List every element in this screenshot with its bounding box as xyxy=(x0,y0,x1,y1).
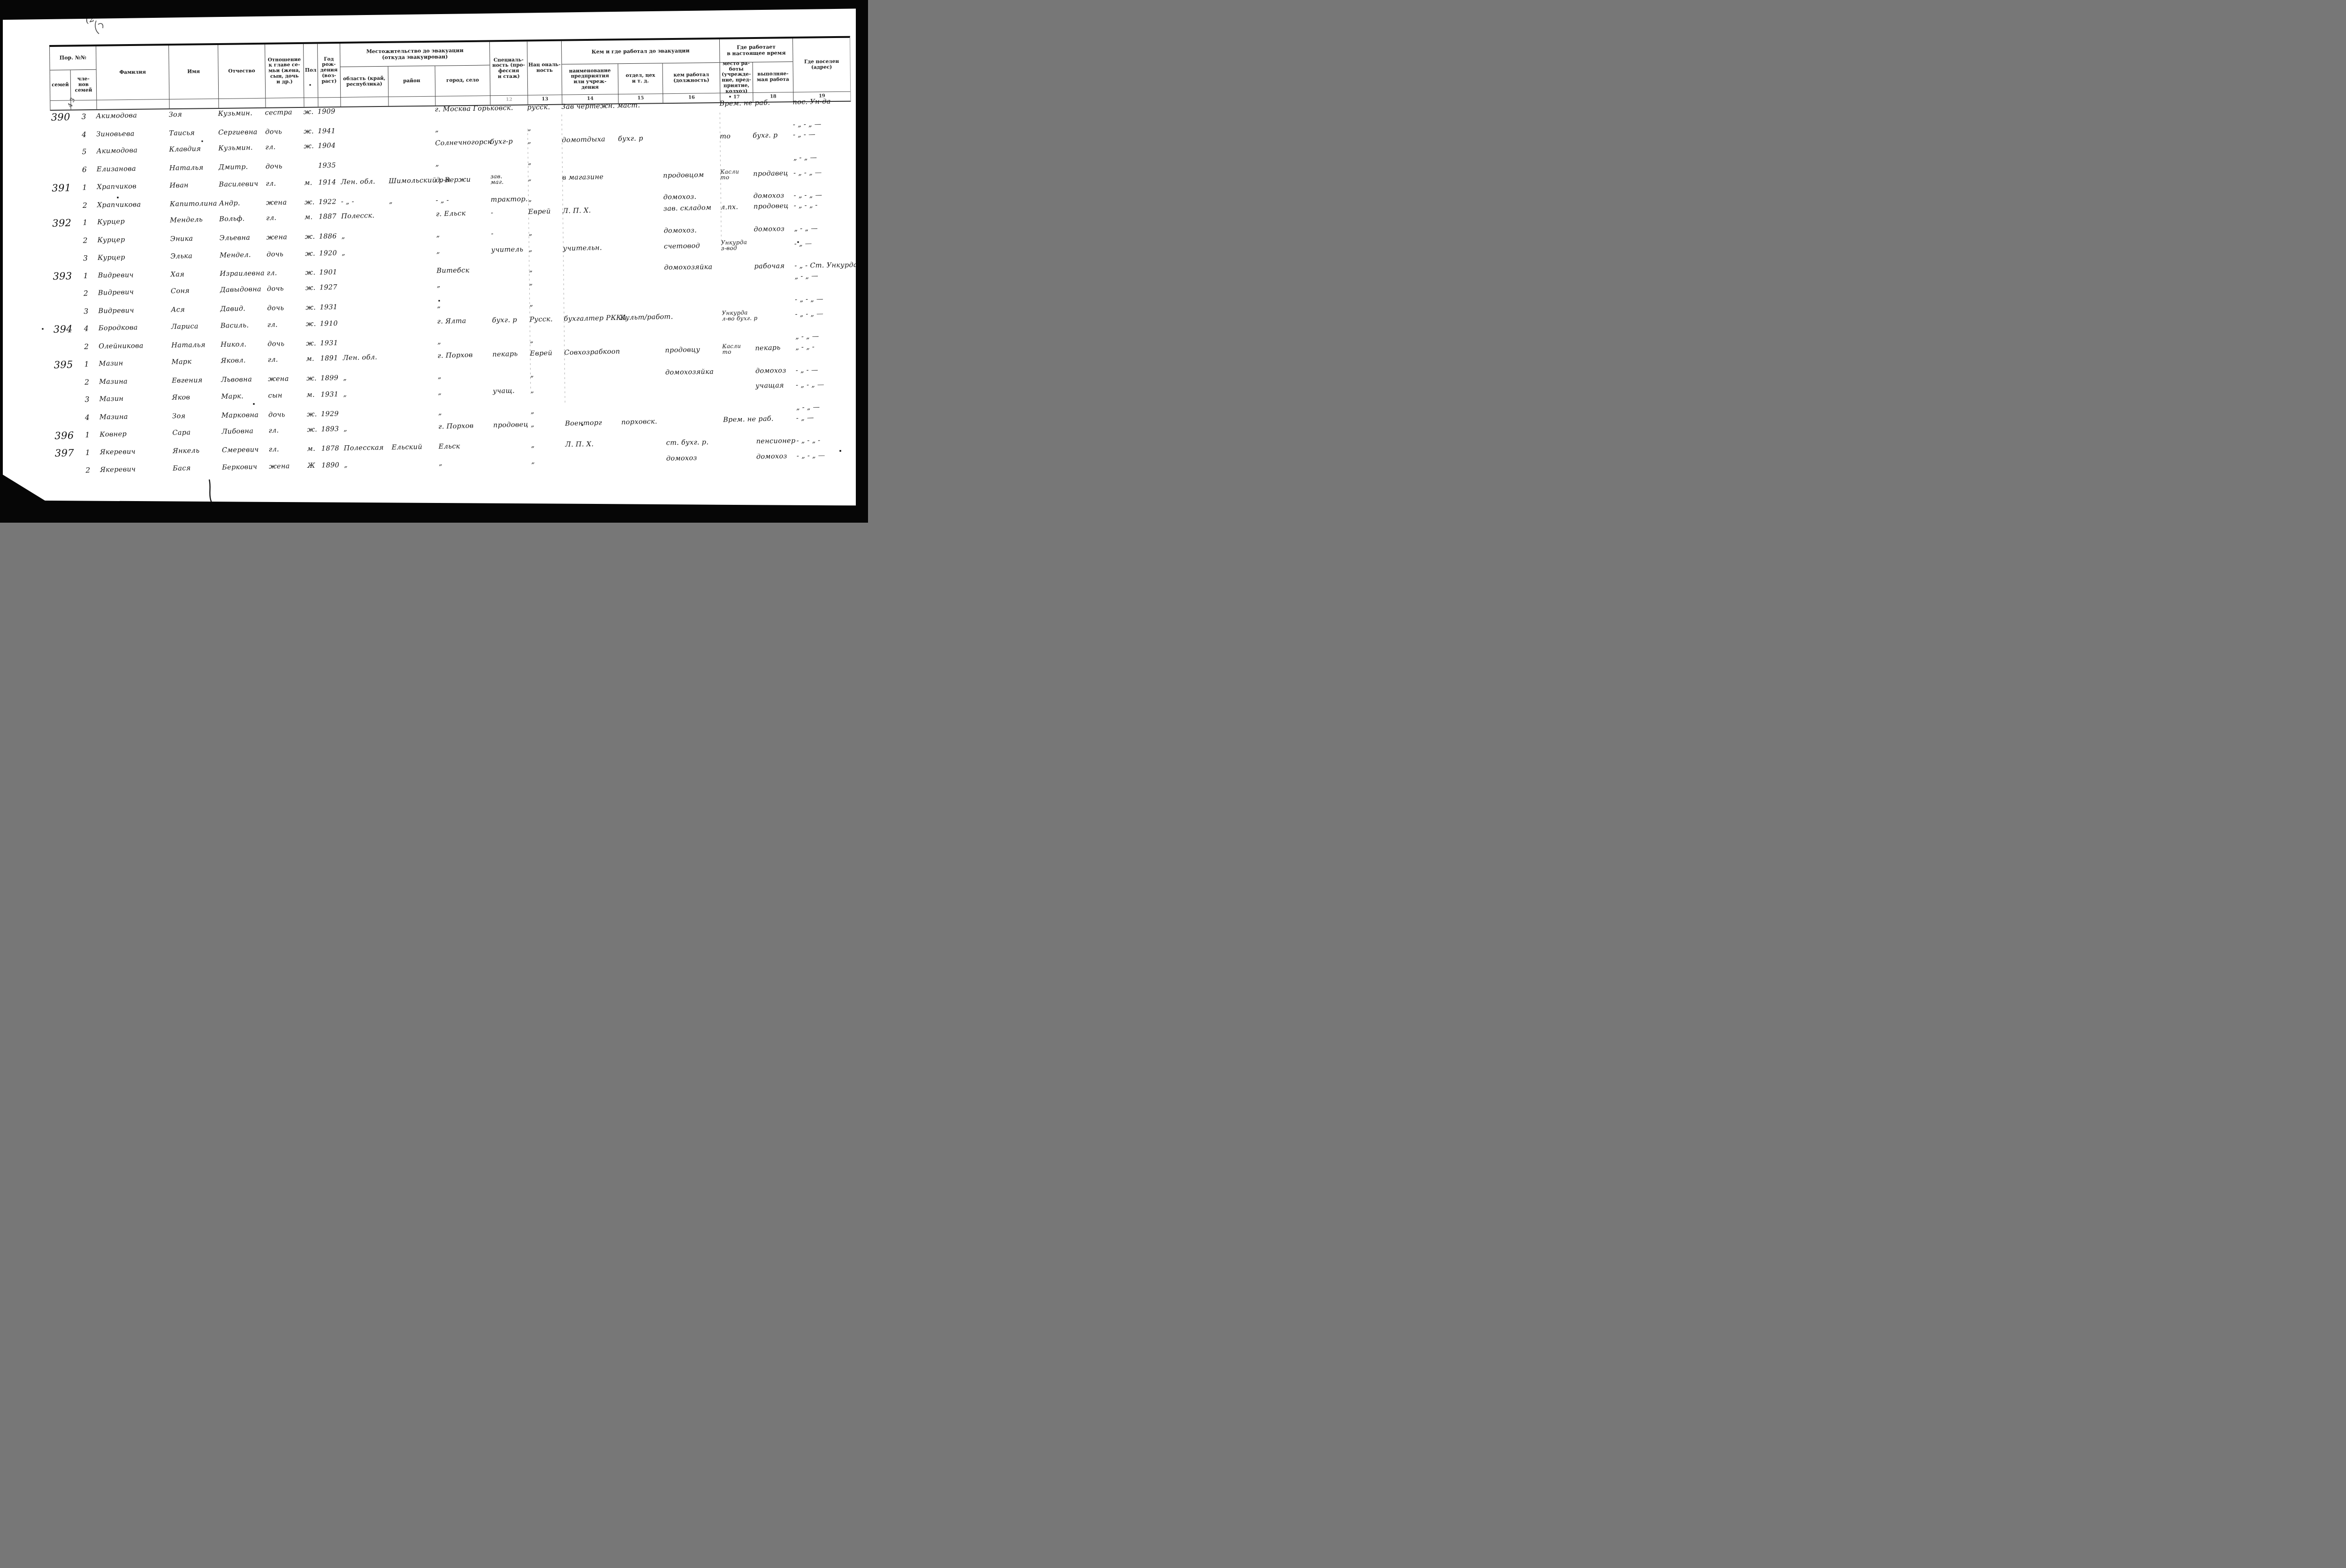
cell-position xyxy=(664,301,722,302)
cell-family-no: 393 xyxy=(52,271,72,282)
cell-raion xyxy=(388,110,435,111)
cell-nationality: русск. xyxy=(527,104,561,111)
cell-family-no xyxy=(51,206,71,206)
cell-oblast: Лен. обл. xyxy=(341,178,388,186)
cell-workplace-now: Ункурда л-во бухг. р xyxy=(722,310,754,322)
scanner-border-top xyxy=(0,0,868,20)
cell-nationality: „ xyxy=(529,300,564,307)
cell-patronymic: Андр. xyxy=(219,199,266,207)
cell-surname: Зиновьева xyxy=(96,130,169,138)
cell-surname: Якеревич xyxy=(100,448,173,456)
cell-work-now: учащая xyxy=(755,382,796,390)
cell-member-no: 5 xyxy=(70,147,96,156)
cell-relation: гл. xyxy=(267,356,306,364)
cell-given-name: Таисья xyxy=(169,129,218,137)
cell-org-name: Л. П. Х. xyxy=(565,441,622,449)
cell-oblast xyxy=(342,272,390,272)
cell-sex: м. xyxy=(304,179,318,186)
cell-oblast xyxy=(341,165,388,166)
registration-table: Пор. №№Местожительство до эвакуации (отк… xyxy=(49,36,858,495)
cell-relation: гл. xyxy=(267,269,305,277)
cell-surname: Мазин xyxy=(99,358,172,367)
group-header-serial: Пор. №№ xyxy=(50,46,96,70)
cell-org-name xyxy=(563,232,619,233)
cell-nationality: „ xyxy=(529,245,563,252)
cell-nationality: „ xyxy=(530,336,564,344)
cell-work-now xyxy=(753,125,793,125)
cell-birth-year: 1890 xyxy=(321,462,344,469)
cell-address: - „ - „ - xyxy=(797,437,854,445)
cell-given-name: Хая xyxy=(170,271,220,278)
cell-given-name: Сара xyxy=(172,428,221,436)
cell-member-no: 1 xyxy=(71,183,97,192)
cell-nationality: Еврей xyxy=(530,350,564,357)
cell-birth-year: 1931 xyxy=(320,391,343,398)
cell-given-name: Зоя xyxy=(169,110,218,118)
cell-family-no xyxy=(51,170,71,170)
cell-birth-year: 1929 xyxy=(321,411,343,418)
cell-given-name: Элька xyxy=(170,252,220,260)
cell-birth-year: 1914 xyxy=(318,179,341,186)
cell-raion: Шимольский р-н xyxy=(388,177,435,185)
col-header-org-name: наименование предприятия или учреж- дени… xyxy=(562,64,618,94)
cell-address: - „ — xyxy=(794,239,852,247)
cell-family-no: 397 xyxy=(54,448,74,459)
cell-sex: ж. xyxy=(307,411,321,418)
cell-relation: гл. xyxy=(267,321,306,328)
cell-relation: гл. xyxy=(269,446,307,453)
cell-given-name: Марк xyxy=(171,358,221,365)
col-header-city: город, село xyxy=(435,65,490,96)
cell-birth-year: 1891 xyxy=(320,355,343,362)
col-header-family-no: семей xyxy=(50,70,71,100)
col-header-raion: район xyxy=(388,66,435,97)
cell-city: „ xyxy=(438,388,493,396)
cell-relation: дочь xyxy=(268,411,307,419)
cell-birth-year: 1901 xyxy=(319,269,342,276)
cell-org-name xyxy=(564,281,620,282)
cell-surname: Видревич xyxy=(98,306,171,314)
cell-position: домохозяйка xyxy=(665,368,723,376)
cell-workplace-now xyxy=(724,441,756,442)
cell-dept: порховск. xyxy=(621,418,666,426)
col-header-address: Где поселен (адрес) xyxy=(792,38,850,92)
cell-workplace-now xyxy=(720,125,753,126)
cell-sex: ж. xyxy=(305,250,319,257)
cell-family-no: 392 xyxy=(51,217,72,229)
cell-city: г. Москва Горьковск. xyxy=(434,105,489,113)
cell-patronymic: Израилевна xyxy=(220,270,267,277)
cell-sex: ж. xyxy=(305,198,319,206)
cell-family-no: 395 xyxy=(53,359,73,371)
cell-work-now: домохоз xyxy=(756,453,797,461)
cell-surname: Храпчикова xyxy=(97,201,170,209)
cell-dept xyxy=(620,280,664,281)
cell-dept: бухг. р xyxy=(618,135,663,143)
cell-work-now xyxy=(755,337,795,337)
cell-dept: Культ/работ. xyxy=(620,314,664,322)
cell-surname: Курцер xyxy=(98,253,170,261)
cell-specialty xyxy=(490,162,528,163)
cell-specialty: - xyxy=(491,209,528,217)
cell-patronymic: Марковна xyxy=(221,411,268,419)
cell-member-no: 1 xyxy=(71,218,97,227)
cell-dept xyxy=(619,209,663,210)
group-header-work-before: Кем и где работал до эвакуации xyxy=(561,39,720,65)
cell-workplace-now: л.пх. xyxy=(721,204,754,211)
cell-dept xyxy=(621,410,666,410)
scanner-border-left xyxy=(0,0,3,523)
cell-sex: ж. xyxy=(305,269,319,276)
cell-position xyxy=(663,137,720,138)
cell-family-no xyxy=(52,241,72,241)
cell-nationality: „ xyxy=(527,137,562,145)
cell-patronymic: Сергиевна xyxy=(218,129,265,136)
cell-birth-year: 1899 xyxy=(320,374,343,382)
cell-specialty: трактор. xyxy=(491,196,528,203)
cell-nationality: „ xyxy=(527,124,562,132)
cell-surname: Видревич xyxy=(98,271,170,279)
cell-address: „ - „ — xyxy=(794,272,852,280)
cell-surname: Мазина xyxy=(99,377,172,385)
cell-patronymic: Смеревич xyxy=(222,446,269,454)
cell-oblast: Полесск. xyxy=(341,212,389,220)
cell-oblast: „ xyxy=(342,232,389,240)
cell-address: „ - „ — xyxy=(794,224,851,232)
cell-birth-year: 1922 xyxy=(319,198,341,205)
cell-position: домохоз xyxy=(666,454,724,462)
cell-oblast: „ xyxy=(343,424,391,432)
cell-position: продовцом xyxy=(663,171,720,179)
cell-family-no xyxy=(52,312,72,312)
col-header-workplace-now: место ра- боты (учрежде- ние, пред- прия… xyxy=(720,62,753,93)
cell-dept xyxy=(619,231,664,232)
col-header-member-no: чле- нов семей xyxy=(70,70,97,100)
cell-raion xyxy=(388,144,435,145)
cell-given-name: Евгения xyxy=(172,376,221,384)
cell-relation: гл. xyxy=(266,214,305,222)
cell-oblast: Лен. обл. xyxy=(343,353,390,361)
cell-nationality: „ xyxy=(531,420,565,427)
cell-workplace-now xyxy=(722,300,754,301)
cell-raion xyxy=(388,129,435,130)
cell-position: зав. складом xyxy=(663,204,721,213)
cell-surname: Акимодова xyxy=(96,146,169,155)
cell-patronymic: Василь. xyxy=(221,322,267,330)
col-header-oblast: область (край, республика) xyxy=(340,67,388,97)
cell-nationality: „ xyxy=(531,457,565,465)
cell-org-name xyxy=(563,268,619,269)
scanner-border-right xyxy=(856,0,868,523)
cell-member-no: 1 xyxy=(74,430,99,439)
cell-address: пос. Ун-да xyxy=(792,98,850,106)
cell-address: - „ - „ — xyxy=(796,381,853,389)
cell-work-now: пенсионер xyxy=(756,438,797,445)
cell-address: - „ - „ — xyxy=(793,168,851,176)
cell-work-now: домохоз xyxy=(755,367,796,374)
cell-city: Витебск xyxy=(436,267,491,274)
cell-oblast xyxy=(340,145,388,145)
cell-city: „ xyxy=(435,125,490,133)
cell-family-no xyxy=(54,471,74,471)
cell-specialty xyxy=(493,411,531,412)
cell-oblast: „ xyxy=(343,390,391,398)
cell-given-name: Эника xyxy=(170,235,220,243)
cell-work-now: продавец xyxy=(753,170,793,178)
cell-org-name xyxy=(564,373,621,374)
cell-city: „ xyxy=(437,281,492,289)
cell-dept xyxy=(621,388,665,389)
cell-birth-year: 1941 xyxy=(318,128,340,135)
cell-sex: Ж xyxy=(307,462,321,469)
cell-raion xyxy=(391,412,438,413)
cell-org-name: бухгалтер РККА xyxy=(564,315,620,323)
cell-relation: дочь xyxy=(267,285,305,293)
cell-member-no: 3 xyxy=(70,112,96,121)
cell-nationality: Еврей xyxy=(528,208,563,215)
cell-address: „ - „ — xyxy=(793,153,851,161)
cell-city: г. Ялта xyxy=(437,317,492,325)
col-header-birth-year: Год рож- дения (воз- раст) xyxy=(317,44,340,98)
cell-workplace-now: Касли то xyxy=(720,168,753,181)
cell-specialty: пекарь xyxy=(492,350,530,358)
col-header-surname: Фамилия xyxy=(96,46,169,100)
cell-patronymic: Кузьмин. xyxy=(218,144,265,152)
cell-work-now xyxy=(754,277,795,278)
cell-workplace-now: Касли то xyxy=(722,343,755,355)
cell-surname: Мазин xyxy=(99,395,172,403)
cell-position xyxy=(663,126,720,127)
cell-family-no: 396 xyxy=(53,430,74,441)
cell-surname: Олейникова xyxy=(99,342,171,350)
cell-position xyxy=(663,159,720,160)
cell-work-now xyxy=(753,158,793,159)
cell-given-name: Ася xyxy=(171,305,220,313)
cell-birth-year: 1886 xyxy=(319,233,342,240)
cell-surname: Видревич xyxy=(98,288,171,297)
cell-org-name: учительн. xyxy=(563,244,619,252)
cell-dept xyxy=(619,268,664,268)
cell-given-name: Клавдия xyxy=(169,145,218,153)
cell-member-no: 2 xyxy=(73,343,99,351)
cell-workplace-now xyxy=(720,159,753,159)
group-header-work-now: Где работает в настоящее время xyxy=(719,38,793,63)
cell-specialty xyxy=(494,462,531,463)
cell-relation: дочь xyxy=(265,128,304,136)
cell-nationality: „ xyxy=(528,195,563,203)
cell-raion xyxy=(391,426,438,427)
cell-city: г. Ельск xyxy=(436,210,491,218)
cell-member-no: 4 xyxy=(70,130,96,139)
cell-patronymic: Кузьмин. xyxy=(218,109,265,117)
cell-surname: Курцер xyxy=(97,217,170,226)
cell-given-name: Бася xyxy=(173,464,222,472)
cell-specialty: учащ. xyxy=(493,387,530,395)
cell-specialty: учитель xyxy=(491,246,529,253)
cell-relation: дочь xyxy=(267,250,305,258)
cell-given-name: Соня xyxy=(171,287,220,295)
cell-birth-year: 1935 xyxy=(318,162,341,169)
cell-nationality: „ xyxy=(531,441,565,449)
cell-org-name xyxy=(564,303,620,304)
cell-position xyxy=(665,338,722,339)
cell-workplace-now xyxy=(722,337,755,338)
cell-dept xyxy=(622,443,666,444)
cell-oblast xyxy=(342,306,390,307)
cell-member-no: 3 xyxy=(72,254,98,263)
cell-relation: гл. xyxy=(268,426,307,434)
cell-relation: дочь xyxy=(266,163,304,170)
cell-given-name: Янкель xyxy=(173,447,222,455)
cell-sex: ж. xyxy=(304,143,318,150)
cell-nationality: „ xyxy=(528,159,562,166)
cell-given-name: Зоя xyxy=(172,412,221,419)
cell-position xyxy=(664,278,722,280)
cell-oblast: „ xyxy=(343,373,391,381)
cell-position xyxy=(666,420,723,421)
cell-patronymic: Либовна xyxy=(221,427,268,435)
cell-work-now: бухг. р xyxy=(753,132,793,140)
cell-birth-year: 1878 xyxy=(321,445,344,453)
cell-specialty xyxy=(494,445,531,446)
cell-specialty: бухг. р xyxy=(492,317,530,324)
cell-member-no: 1 xyxy=(72,272,98,281)
cell-surname: Храпчиков xyxy=(97,182,169,190)
cell-relation: жена xyxy=(269,463,307,470)
cell-city: Солнечногорск xyxy=(435,139,490,147)
cell-address: „ - „ - xyxy=(795,343,853,351)
cell-specialty xyxy=(492,270,529,270)
cell-patronymic: Эльевна xyxy=(220,234,267,242)
cell-patronymic: Вольф. xyxy=(219,215,266,223)
cell-address: - „ - „ — xyxy=(795,310,852,318)
cell-family-no: 390 xyxy=(50,111,70,123)
cell-workplace-now xyxy=(724,457,756,457)
cell-org-name: Военторг xyxy=(565,419,621,427)
cell-given-name: Лариса xyxy=(171,323,221,331)
col-header-position: кем работал (должность) xyxy=(663,63,720,93)
cell-birth-year: 1904 xyxy=(318,142,340,150)
cell-sex: м. xyxy=(307,445,321,452)
cell-dept xyxy=(619,197,663,198)
cell-patronymic: Марк. xyxy=(221,393,268,401)
cell-city: - „ - xyxy=(436,196,491,204)
cell-oblast xyxy=(343,343,390,343)
cell-raion xyxy=(391,393,438,394)
cell-raion: Ельский xyxy=(392,443,439,451)
cell-position: домохоз. xyxy=(663,227,721,235)
cell-position xyxy=(662,104,719,105)
cell-birth-year: 1887 xyxy=(319,213,341,221)
cell-birth-year: 1893 xyxy=(321,426,343,433)
cell-dept xyxy=(618,176,663,177)
cell-family-no xyxy=(50,135,70,135)
cell-workplace-now xyxy=(721,229,754,230)
cell-sex: ж. xyxy=(307,426,321,433)
cell-nationality: „ xyxy=(529,279,564,286)
cell-dept xyxy=(620,302,664,303)
cell-specialty: - xyxy=(491,230,528,237)
cell-org-name: Совхозрабкооп xyxy=(564,348,620,357)
cell-member-no: 2 xyxy=(74,466,100,475)
cell-member-no: 6 xyxy=(71,165,97,174)
cell-oblast: „ xyxy=(342,249,389,257)
cell-member-no: 2 xyxy=(72,236,98,245)
cell-relation: гл. xyxy=(265,143,304,151)
cell-birth-year: 1927 xyxy=(320,284,342,291)
cell-given-name: Капитолина xyxy=(170,200,219,207)
cell-given-name: Яков xyxy=(172,394,221,402)
cell-surname: Якеревич xyxy=(100,465,173,473)
cell-specialty: продовец xyxy=(493,421,531,429)
cell-relation: жена xyxy=(266,199,305,206)
cell-family-no xyxy=(53,418,74,418)
cell-raion xyxy=(389,214,436,215)
cell-relation: сестра xyxy=(265,109,304,116)
cell-dept xyxy=(620,350,665,351)
cell-birth-year: 1909 xyxy=(317,108,340,115)
cell-address: - „ — xyxy=(796,413,853,422)
cell-member-no: 2 xyxy=(72,289,98,298)
cell-patronymic: Никол. xyxy=(221,341,267,348)
cell-address: - „ - „ — xyxy=(797,451,854,459)
cell-city: „ xyxy=(436,246,491,254)
cell-work-now xyxy=(756,408,796,408)
group-header-residence: Местожительство до эвакуации (откуда эва… xyxy=(340,42,490,67)
cell-specialty xyxy=(493,375,530,375)
cell-member-no: 4 xyxy=(73,324,99,333)
cell-family-no: 391 xyxy=(51,182,71,194)
cell-member-no: 1 xyxy=(74,449,100,457)
cell-city: г. Порхов xyxy=(437,351,492,359)
cell-oblast xyxy=(343,413,391,414)
cell-nationality: Русск. xyxy=(530,316,564,323)
scanner-border-bottom xyxy=(0,500,868,523)
cell-raion xyxy=(389,235,436,236)
col-header-dept: отдел, цех и т. д. xyxy=(618,63,663,94)
cell-birth-year: 1931 xyxy=(320,340,343,347)
cell-city: д. Вержи xyxy=(435,176,490,184)
cell-given-name: Иван xyxy=(169,181,219,189)
cell-raion xyxy=(390,305,437,306)
cell-oblast: Полесская xyxy=(344,444,392,452)
cell-raion xyxy=(391,376,438,377)
cell-city: „ xyxy=(438,372,493,380)
cell-family-no xyxy=(53,382,73,383)
cell-org-name xyxy=(564,339,620,340)
col-header-nationality: Нац ональ- ность xyxy=(527,41,562,95)
cell-city: „ xyxy=(439,459,494,467)
cell-work-now xyxy=(754,299,795,300)
cell-org-name xyxy=(565,410,621,411)
scanner-border-corner xyxy=(0,473,61,510)
cell-family-no xyxy=(53,347,73,347)
cell-dept xyxy=(618,126,663,127)
col-header-given-name: Имя xyxy=(168,45,218,99)
cell-birth-year: 1910 xyxy=(320,320,343,328)
cell-org-name xyxy=(563,198,619,199)
cell-nationality: „ xyxy=(531,407,565,415)
cell-oblast: „ xyxy=(344,461,392,469)
col-header-patronymic: Отчество xyxy=(218,45,265,99)
cell-sex: ж. xyxy=(305,284,320,291)
cell-org-name: домотдыха xyxy=(562,136,618,144)
cell-sex: ж. xyxy=(306,321,320,328)
cell-relation: гл. xyxy=(266,180,304,187)
cell-oblast xyxy=(343,323,390,324)
cell-dept xyxy=(620,339,665,339)
cell-specialty xyxy=(490,128,527,129)
